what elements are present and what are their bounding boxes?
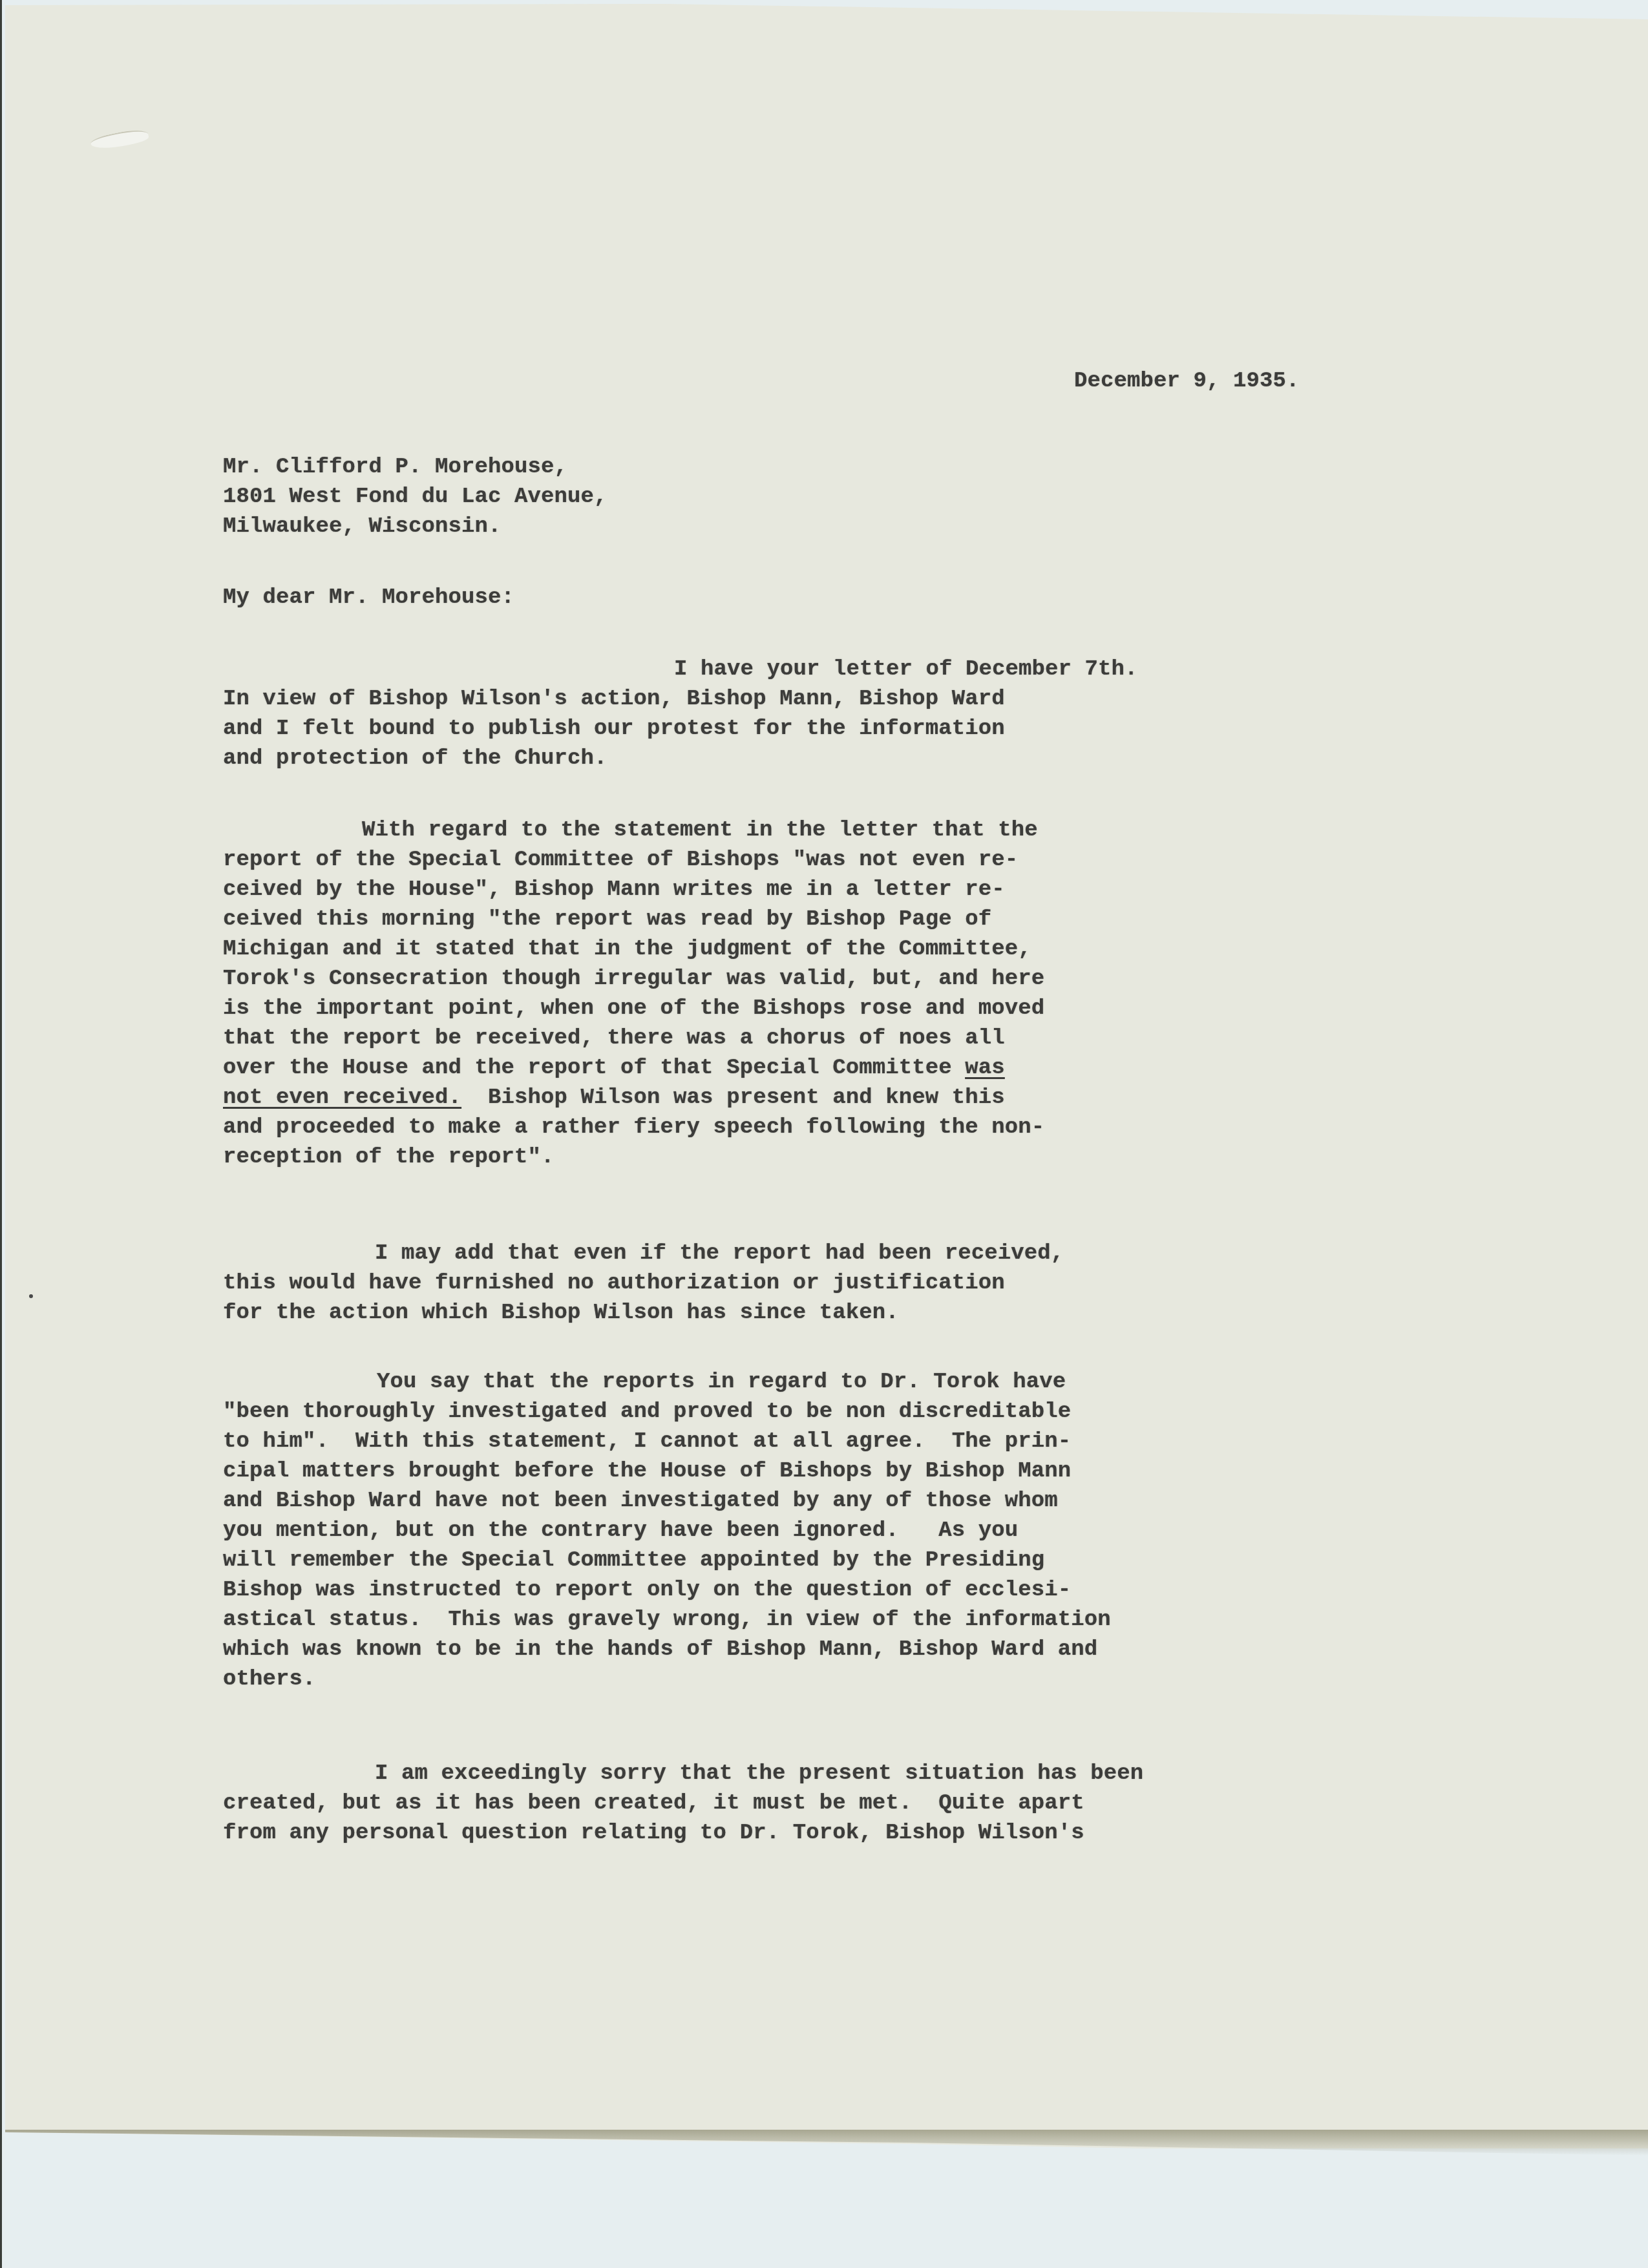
paragraph-line: ceived this morning "the report was read…: [223, 905, 991, 934]
paragraph-line: and I felt bound to publish our protest …: [223, 714, 1005, 744]
paragraph-line: ceived by the House", Bishop Mann writes…: [223, 875, 1005, 905]
paragraph-line: will remember the Special Committee appo…: [223, 1546, 1044, 1575]
line-text: over the House and the report of that Sp…: [223, 1056, 965, 1080]
letter-date: December 9, 1935.: [1074, 366, 1300, 396]
recipient-city: Milwaukee, Wisconsin.: [223, 512, 502, 541]
paragraph-line: You say that the reports in regard to Dr…: [377, 1367, 1066, 1397]
paragraph-line: In view of Bishop Wilson's action, Bisho…: [223, 684, 1005, 714]
ink-speck: [29, 1294, 33, 1298]
paragraph-line: Bishop was instructed to report only on …: [223, 1575, 1071, 1605]
paragraph-line: and proceeded to make a rather fiery spe…: [223, 1113, 1044, 1142]
paragraph-line: which was known to be in the hands of Bi…: [223, 1635, 1097, 1664]
salutation: My dear Mr. Morehouse:: [223, 583, 514, 613]
paragraph-line: from any personal question relating to D…: [223, 1818, 1084, 1848]
paragraph-line: and Bishop Ward have not been investigat…: [223, 1486, 1058, 1516]
paragraph-line: this would have furnished no authorizati…: [223, 1268, 1005, 1298]
paragraph-line: astical status. This was gravely wrong, …: [223, 1605, 1111, 1635]
paragraph-line: Michigan and it stated that in the judgm…: [223, 934, 1031, 964]
paragraph-line: for the action which Bishop Wilson has s…: [223, 1298, 899, 1328]
paragraph-line: over the House and the report of that Sp…: [223, 1053, 1005, 1083]
paragraph-line: to him". With this statement, I cannot a…: [223, 1427, 1071, 1456]
paragraph-line: others.: [223, 1664, 316, 1694]
recipient-name: Mr. Clifford P. Morehouse,: [223, 452, 567, 482]
paragraph-line: I am exceedingly sorry that the present …: [375, 1759, 1143, 1789]
paragraph-line: reception of the report".: [223, 1142, 555, 1172]
underlined-emphasis: was: [965, 1056, 1005, 1080]
paragraph-line: cipal matters brought before the House o…: [223, 1456, 1071, 1486]
underlined-emphasis: not even received.: [223, 1086, 461, 1110]
paragraph-line: Torok's Consecration though irregular wa…: [223, 964, 1044, 994]
paragraph-line: With regard to the statement in the lett…: [362, 815, 1038, 845]
paragraph-line: report of the Special Committee of Bisho…: [223, 845, 1018, 875]
scanner-edge: [0, 0, 2, 2268]
paragraph-line: and protection of the Church.: [223, 744, 607, 773]
paragraph-line: I may add that even if the report had be…: [375, 1239, 1064, 1268]
line-text: Bishop Wilson was present and knew this: [461, 1086, 1005, 1110]
paragraph-line: "been thoroughly investigated and proved…: [223, 1397, 1071, 1427]
paragraph-line: not even received. Bishop Wilson was pre…: [223, 1083, 1005, 1113]
paragraph-line: created, but as it has been created, it …: [223, 1789, 1084, 1818]
paragraph-line: you mention, but on the contrary have be…: [223, 1516, 1018, 1546]
recipient-street: 1801 West Fond du Lac Avenue,: [223, 482, 607, 512]
paragraph-line: I have your letter of December 7th.: [674, 655, 1138, 684]
paragraph-line: that the report be received, there was a…: [223, 1024, 1005, 1053]
paragraph-line: is the important point, when one of the …: [223, 994, 1044, 1024]
